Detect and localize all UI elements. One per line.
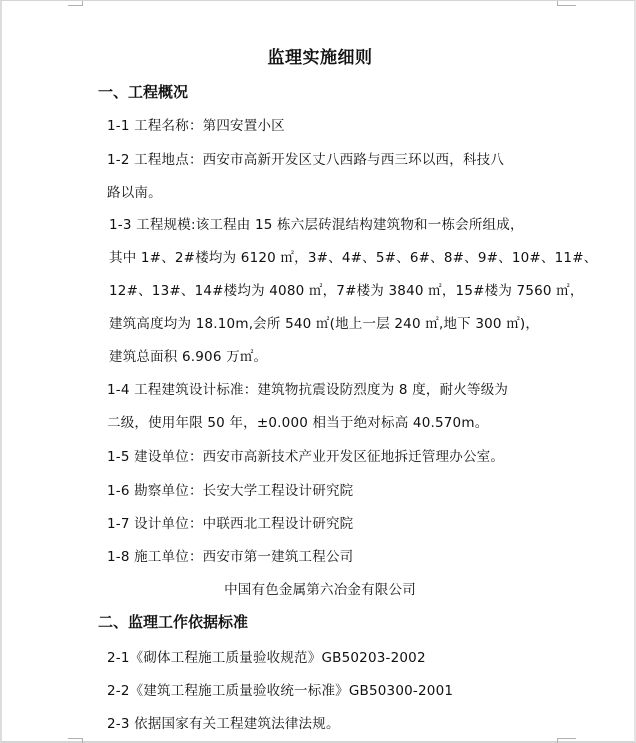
section-heading-1: 一、工程概况	[98, 81, 188, 102]
margin-corner-mark-top-right	[557, 1, 576, 6]
paragraph-line: 1-2 工程地点：西安市高新开发区丈八西路与西三环以西，科技八	[107, 148, 504, 168]
paragraph-line: 路以南。	[107, 181, 162, 201]
paragraph-line: 1-1 工程名称：第四安置小区	[107, 114, 285, 134]
margin-corner-mark-bottom-right	[557, 738, 576, 743]
paragraph-line: 1-3 工程规模:该工程由 15 栋六层砖混结构建筑物和一栋会所组成，	[109, 213, 524, 233]
paragraph-line: 1-8 施工单位：西安市第一建筑工程公司	[107, 545, 353, 565]
section-heading-2: 二、监理工作依据标准	[98, 611, 248, 632]
paragraph-line-centered: 中国有色金属第六冶金有限公司	[2, 578, 636, 598]
paragraph-line: 12#、13#、14#楼均为 4080 ㎡，7#楼为 3840 ㎡，15#楼为 …	[109, 279, 584, 299]
paragraph-line: 2-3 依据国家有关工程建筑法律法规。	[107, 712, 340, 732]
paragraph-line: 建筑高度均为 18.10m,会所 540 ㎡(地上一层 240 ㎡,地下 300…	[109, 312, 539, 332]
paragraph-line: 2-2《建筑工程施工质量验收统一标准》GB50300-2001	[107, 679, 453, 699]
document-page: 监理实施细则 一、工程概况 1-1 工程名称：第四安置小区 1-2 工程地点：西…	[0, 0, 636, 743]
paragraph-line: 1-4 工程建筑设计标准：建筑物抗震设防烈度为 8 度，耐火等级为	[107, 378, 508, 398]
paragraph-line: 建筑总面积 6.906 万㎡。	[109, 345, 267, 365]
paragraph-line: 1-7 设计单位：中联西北工程设计研究院	[107, 512, 353, 532]
margin-corner-mark-top-left	[68, 1, 83, 6]
document-title: 监理实施细则	[2, 43, 636, 68]
paragraph-line: 1-6 勘察单位：长安大学工程设计研究院	[107, 479, 353, 499]
paragraph-line: 1-5 建设单位：西安市高新技术产业开发区征地拆迁管理办公室。	[107, 445, 504, 465]
margin-corner-mark-bottom-left	[68, 738, 83, 743]
paragraph-line: 其中 1#、2#楼均为 6120 ㎡，3#、4#、5#、6#、8#、9#、10#…	[109, 246, 597, 266]
paragraph-line: 2-1《砌体工程施工质量验收规范》GB50203-2002	[107, 646, 426, 666]
paragraph-line: 二级，使用年限 50 年，±0.000 相当于绝对标高 40.570m。	[107, 411, 488, 431]
